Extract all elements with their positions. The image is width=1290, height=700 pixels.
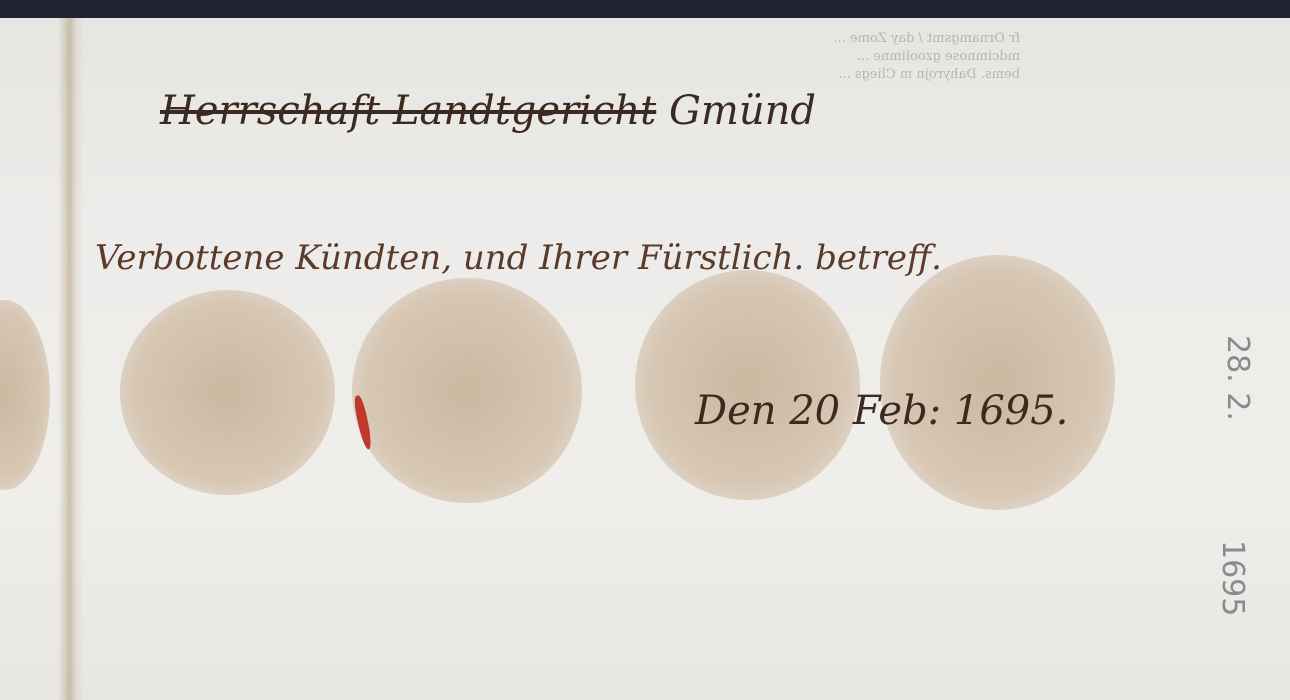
pencil-note-1: 28. 2. (1220, 335, 1255, 421)
stain-5 (880, 255, 1115, 510)
heading: Herrschaft Landtgericht Gmünd (160, 88, 816, 134)
paper-fold (58, 18, 84, 700)
stain-3 (352, 278, 582, 503)
bleed-line: bems. Dahyrojn m Cliegs ... (220, 66, 1020, 84)
bleed-line: fr Ornamgsmt / day Zome ... (220, 30, 1020, 48)
date-line: Den 20 Feb: 1695. (695, 388, 1068, 434)
body-line: Verbottene Kündten, und Ihrer Fürstlich.… (95, 238, 942, 278)
stain-2 (120, 290, 335, 495)
pencil-note-2: 1695 (1215, 540, 1250, 616)
bleed-through-text: fr Ornamgsmt / day Zome ... mdcimnose gz… (220, 30, 1020, 84)
stain-4 (635, 270, 860, 500)
bleed-line: mdcimnose gzoolimne ... (220, 48, 1020, 66)
heading-struck: Herrschaft Landtgericht (160, 88, 656, 134)
heading-place: Gmünd (669, 88, 816, 134)
